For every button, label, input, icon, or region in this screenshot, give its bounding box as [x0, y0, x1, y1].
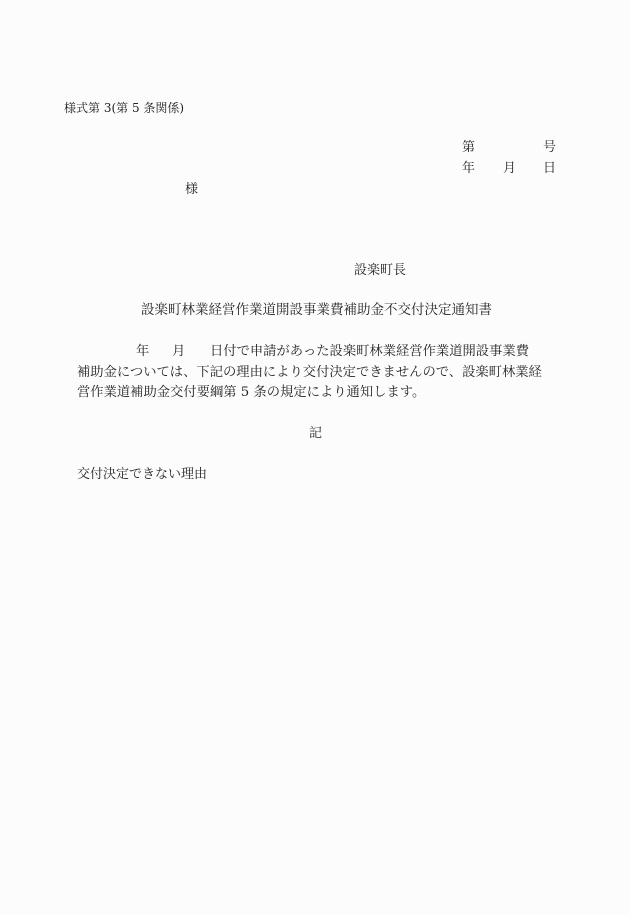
reason-label: 交付決定できない理由	[77, 467, 207, 483]
body-line-1: 年月日付で申請があった設楽町林業経営作業道開設事業費	[77, 344, 529, 360]
document-title: 設楽町林業経営作業道開設事業費補助金不交付決定通知書	[141, 302, 492, 318]
document-number-prefix: 第	[462, 140, 475, 156]
body-line-2: 補助金については、下記の理由により交付決定できませんので、設楽町林業経	[77, 365, 542, 381]
addressee-honorific: 様	[185, 182, 198, 198]
body-month-label: 月	[172, 344, 186, 360]
ki-heading: 記	[309, 426, 322, 442]
document-number-suffix: 号	[543, 140, 556, 156]
body-line-1-text: 日付で申請があった設楽町林業経営作業道開設事業費	[210, 344, 529, 359]
date-day-label: 日	[543, 161, 556, 177]
date-year-label: 年	[462, 161, 475, 177]
form-number-label: 様式第 3(第 5 条関係)	[64, 100, 184, 116]
sender-name: 設楽町長	[354, 263, 406, 279]
body-year-label: 年	[136, 344, 150, 360]
date-month-label: 月	[503, 161, 516, 177]
body-line-3: 営作業道補助金交付要綱第 5 条の規定により通知します。	[77, 385, 425, 401]
